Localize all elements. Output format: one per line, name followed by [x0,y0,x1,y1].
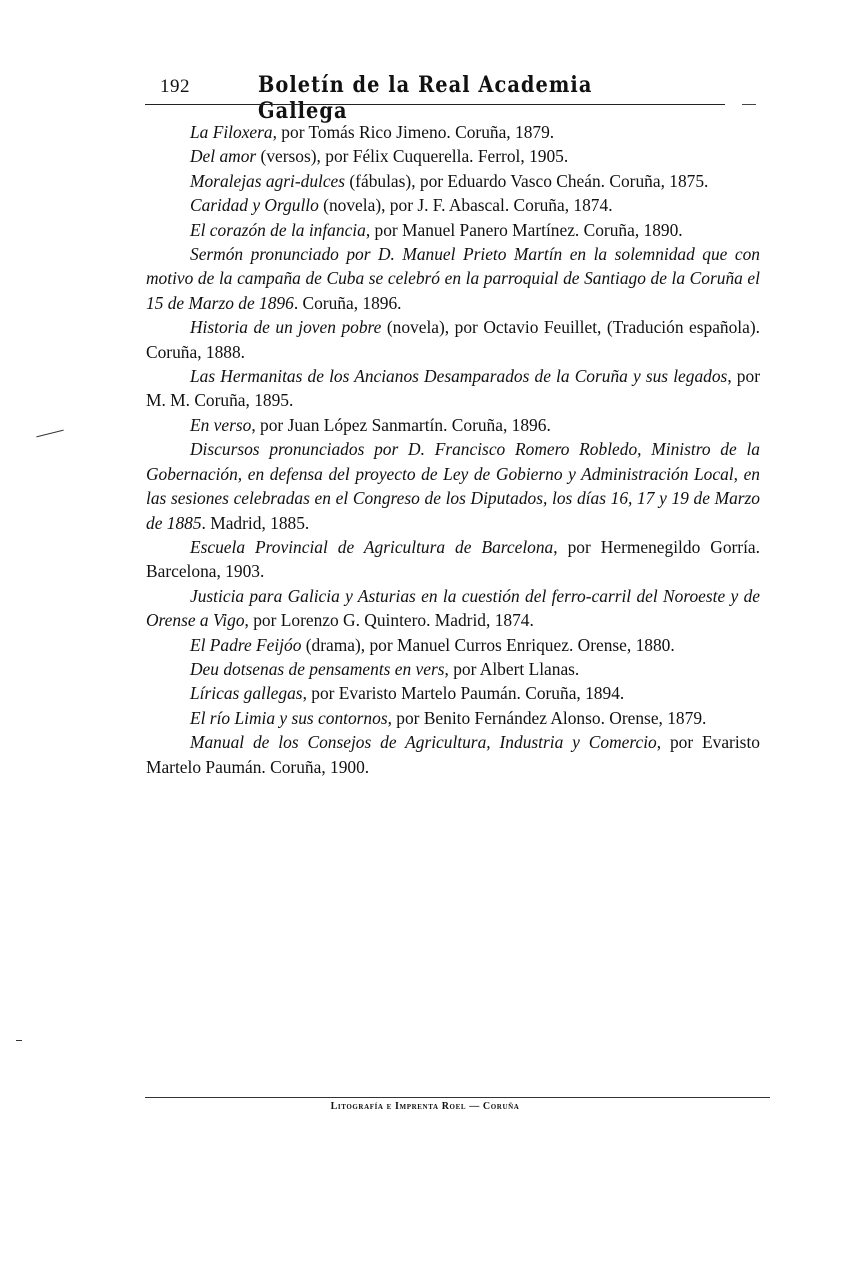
footer-rule [145,1097,770,1098]
entry-title: Escuela Provincial de Agricultura de Bar… [190,537,553,557]
entry-details: , por Lorenzo G. Quintero. Madrid, 1874. [245,610,534,630]
bibliography-entry: Caridad y Orgullo (novela), por J. F. Ab… [146,193,760,217]
entry-details: . Madrid, 1885. [202,513,310,533]
page-number: 192 [160,76,190,98]
entry-details: (versos), por Félix Cuquerella. Ferrol, … [256,146,568,166]
entry-details: . Coruña, 1896. [294,293,402,313]
entry-title: Deu dotsenas de pensaments en vers [190,659,445,679]
entry-title: Historia de un joven pobre [190,317,381,337]
scan-speck [16,1040,22,1041]
bibliography-entry: Historia de un joven pobre (novela), por… [146,315,760,364]
bibliography-entry: Justicia para Galicia y Asturias en la c… [146,584,760,633]
entry-title: Moralejas agri-dulces [190,171,345,191]
bibliography-list: La Filoxera, por Tomás Rico Jimeno. Coru… [146,120,760,779]
header-rule [145,104,725,105]
entry-title: Sermón pronunciado por D. Manuel Prieto … [146,244,760,313]
entry-details: , por Evaristo Martelo Paumán. Coruña, 1… [303,683,625,703]
entry-title: El corazón de la infancia [190,220,366,240]
entry-details: , por Tomás Rico Jimeno. Coruña, 1879. [273,122,555,142]
entry-title: Líricas gallegas [190,683,303,703]
entry-details: (drama), por Manuel Curros Enriquez. Ore… [301,635,674,655]
entry-details: (fábulas), por Eduardo Vasco Cheán. Coru… [345,171,708,191]
entry-title: El Padre Feijóo [190,635,301,655]
bibliography-entry: Deu dotsenas de pensaments en vers, por … [146,657,760,681]
bibliography-entry: Sermón pronunciado por D. Manuel Prieto … [146,242,760,315]
bibliography-entry: En verso, por Juan López Sanmartín. Coru… [146,413,760,437]
bibliography-entry: El Padre Feijóo (drama), por Manuel Curr… [146,633,760,657]
entry-title: Manual de los Consejos de Agricultura, I… [190,732,657,752]
entry-title: Caridad y Orgullo [190,195,319,215]
bibliography-entry: Moralejas agri-dulces (fábulas), por Edu… [146,169,760,193]
scan-speck [36,430,63,438]
entry-details: , por Albert Llanas. [445,659,580,679]
bibliography-entry: La Filoxera, por Tomás Rico Jimeno. Coru… [146,120,760,144]
entry-title: El río Limia y sus contornos [190,708,388,728]
entry-title: En verso [190,415,251,435]
bibliography-entry: El río Limia y sus contornos, por Benito… [146,706,760,730]
entry-details: , por Benito Fernández Alonso. Orense, 1… [388,708,707,728]
running-title: Boletín de la Real Academia Gallega [258,72,682,124]
page-header: 192 Boletín de la Real Academia Gallega [160,72,740,106]
entry-details: (novela), por J. F. Abascal. Coruña, 187… [319,195,613,215]
entry-title: La Filoxera [190,122,273,142]
printer-imprint: Litografía e Imprenta Roel — Coruña [0,1101,850,1112]
bibliography-entry: Las Hermanitas de los Ancianos Desampara… [146,364,760,413]
entry-title: Del amor [190,146,256,166]
bibliography-entry: Escuela Provincial de Agricultura de Bar… [146,535,760,584]
bibliography-entry: Discursos pronunciados por D. Francisco … [146,437,760,535]
bibliography-entry: Manual de los Consejos de Agricultura, I… [146,730,760,779]
entry-details: , por Manuel Panero Martínez. Coruña, 18… [366,220,683,240]
entry-details: , por Juan López Sanmartín. Coruña, 1896… [251,415,550,435]
entry-title: Las Hermanitas de los Ancianos Desampara… [190,366,727,386]
header-rule-mark [742,104,756,105]
bibliography-entry: Líricas gallegas, por Evaristo Martelo P… [146,681,760,705]
bibliography-entry: Del amor (versos), por Félix Cuquerella.… [146,144,760,168]
bibliography-entry: El corazón de la infancia, por Manuel Pa… [146,218,760,242]
